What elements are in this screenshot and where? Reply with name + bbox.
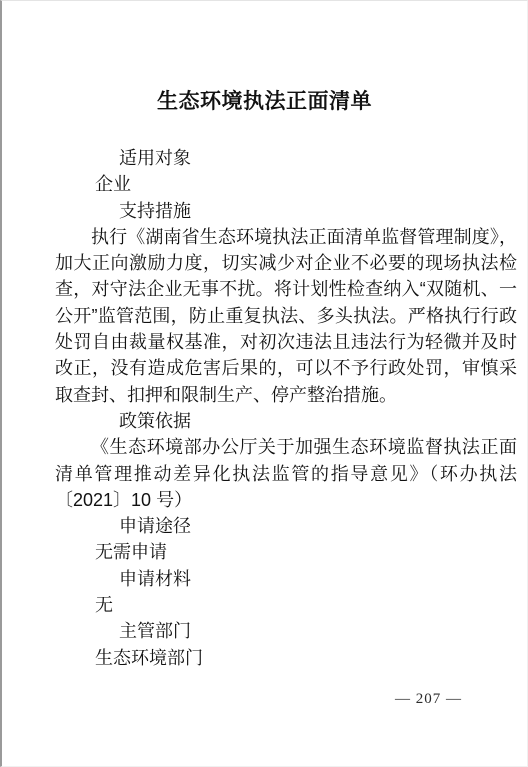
section-paragraph-support-measures: 执行《湖南省生态环境执法正面清单监督管理制度》，加大正向激励力度，切实减少对企业… bbox=[55, 224, 517, 408]
document-body: 适用对象 企业 支持措施 执行《湖南省生态环境执法正面清单监督管理制度》，加大正… bbox=[55, 145, 517, 671]
section-label-application-materials: 申请材料 bbox=[55, 566, 517, 592]
page-title: 生态环境执法正面清单 bbox=[2, 87, 527, 117]
section-value-application-channel: 无需申请 bbox=[55, 539, 517, 565]
section-value-applicable-object: 企业 bbox=[55, 171, 517, 197]
section-value-competent-department: 生态环境部门 bbox=[55, 645, 517, 671]
document-page: 生态环境执法正面清单 适用对象 企业 支持措施 执行《湖南省生态环境执法正面清单… bbox=[0, 0, 528, 767]
section-label-applicable-object: 适用对象 bbox=[55, 145, 517, 171]
section-label-application-channel: 申请途径 bbox=[55, 513, 517, 539]
page-number: — 207 — bbox=[395, 689, 462, 709]
section-label-policy-basis: 政策依据 bbox=[55, 408, 517, 434]
section-value-application-materials: 无 bbox=[55, 592, 517, 618]
section-label-competent-department: 主管部门 bbox=[55, 618, 517, 644]
section-paragraph-policy-basis: 《生态环境部办公厅关于加强生态环境监督执法正面清单管理推动差异化执法监管的指导意… bbox=[55, 434, 517, 513]
section-label-support-measures: 支持措施 bbox=[55, 198, 517, 224]
